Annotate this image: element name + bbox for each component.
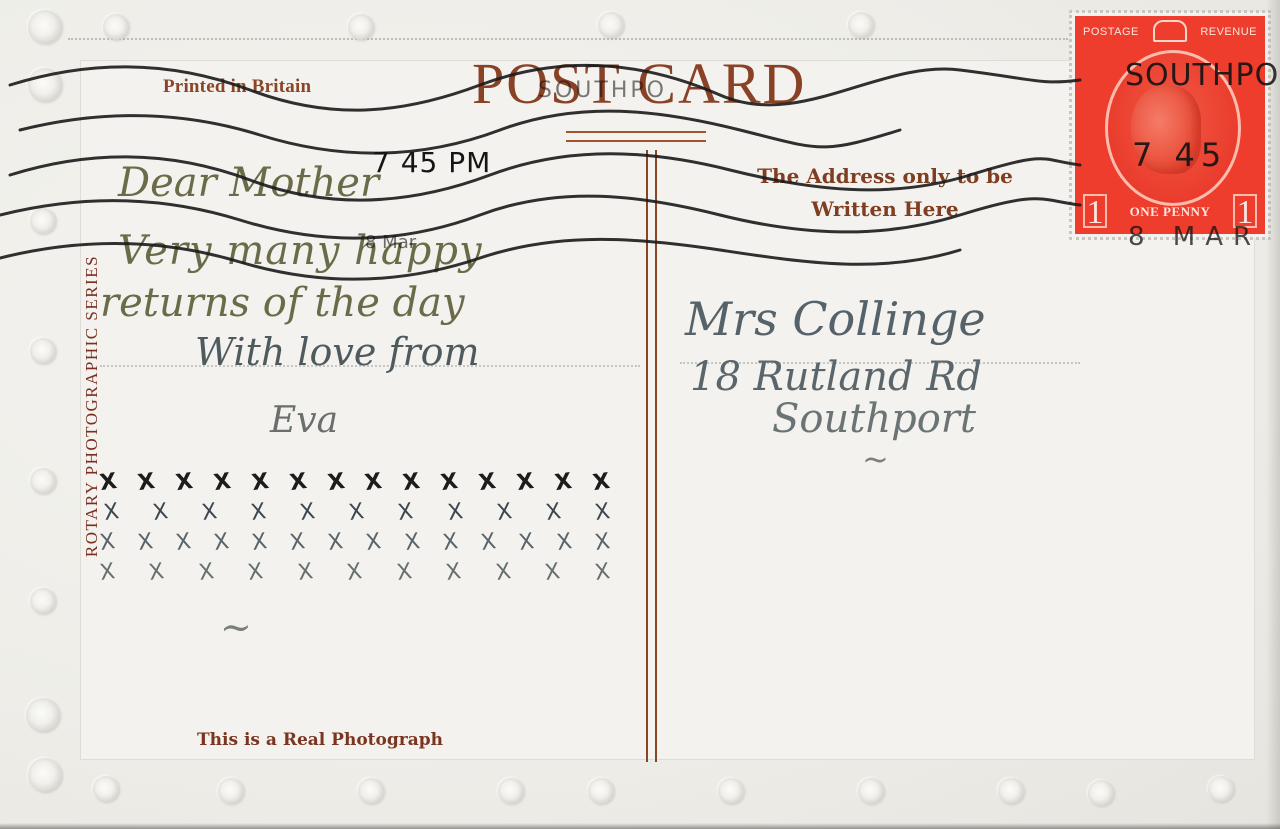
recipient-name: Mrs Collinge [685, 292, 986, 346]
rose-emboss-icon [26, 698, 60, 732]
kisses-row: XXXXXXXXXXXXXX [100, 468, 610, 498]
message-flourish: ~ [220, 605, 252, 649]
message-line-3: With love from [195, 330, 480, 374]
stamp-cancel-time: 7 45 [1132, 136, 1227, 174]
card-edge-shadow [1266, 0, 1280, 829]
recipient-street: 18 Rutland Rd [690, 354, 982, 400]
rose-emboss-icon [30, 208, 56, 234]
greeting: Dear Mother [118, 160, 379, 206]
rose-emboss-icon [1088, 780, 1114, 806]
kisses-row: XXXXXXXXXXX [100, 558, 610, 588]
perforated-edge [68, 38, 1068, 40]
address-instruction: The Address only to be Written Here [700, 160, 1070, 226]
kisses-block: XXXXXXXXXXXXXX XXXXXXXXXXX XXXXXXXXXXXXX… [100, 468, 610, 588]
rose-emboss-icon [348, 14, 374, 40]
rose-emboss-icon [598, 12, 624, 38]
real-photograph-label: This is a Real Photograph [197, 730, 443, 750]
message-line-1: Very many happy [118, 228, 483, 274]
postmark-time: 7 45 PM [372, 146, 491, 179]
stamp-revenue-label: REVENUE [1200, 26, 1257, 38]
card-bottom-edge [0, 823, 1280, 829]
rose-emboss-icon [28, 758, 62, 792]
rose-emboss-icon [103, 14, 129, 40]
center-divider [646, 150, 657, 762]
rose-emboss-icon [858, 778, 884, 804]
rose-emboss-icon [30, 588, 56, 614]
divider-top-bar [566, 131, 706, 142]
rose-emboss-icon [998, 778, 1024, 804]
one-penny-stamp: POSTAGE REVENUE 1 1 ONE PENNY [1075, 16, 1265, 234]
rose-emboss-icon [588, 778, 614, 804]
printed-in-britain-label: Printed in Britain [163, 76, 311, 98]
rose-emboss-icon [28, 10, 62, 44]
recipient-town: Southport [772, 396, 976, 442]
rose-emboss-icon [718, 778, 744, 804]
rose-emboss-icon [28, 68, 62, 102]
rose-emboss-icon [30, 468, 56, 494]
stamp-cancel-town: SOUTHPO [1125, 58, 1279, 93]
postmark-town-fragment: SOUTHPO [538, 78, 667, 103]
stamp-cancel-date: 8 MAR [1128, 222, 1261, 252]
rose-emboss-icon [93, 776, 119, 802]
address-instruction-line2: Written Here [700, 193, 1070, 226]
kisses-row: XXXXXXXXXXXXXX [100, 528, 610, 558]
signature: Eva [270, 400, 338, 441]
rose-emboss-icon [218, 778, 244, 804]
message-line-2: returns of the day [100, 280, 465, 326]
stamp-value-label: ONE PENNY [1113, 204, 1227, 220]
rose-emboss-icon [498, 778, 524, 804]
stamp-postage-label: POSTAGE [1083, 26, 1139, 38]
crown-icon [1153, 20, 1187, 42]
address-flourish: ~ [862, 440, 889, 478]
kisses-row: XXXXXXXXXXX [100, 498, 610, 528]
address-instruction-line1: The Address only to be [700, 160, 1070, 193]
stamp-numeral-left: 1 [1083, 194, 1107, 228]
series-label: ROTARY PHOTOGRAPHIC SERIES [82, 206, 102, 606]
rose-emboss-icon [358, 778, 384, 804]
rose-emboss-icon [848, 12, 874, 38]
rose-emboss-icon [30, 338, 56, 364]
postcard-back: Printed in Britain POST CARD The Address… [0, 0, 1280, 829]
rose-emboss-icon [1208, 776, 1234, 802]
postmark-date-fragment: 8 Mar [365, 232, 416, 253]
